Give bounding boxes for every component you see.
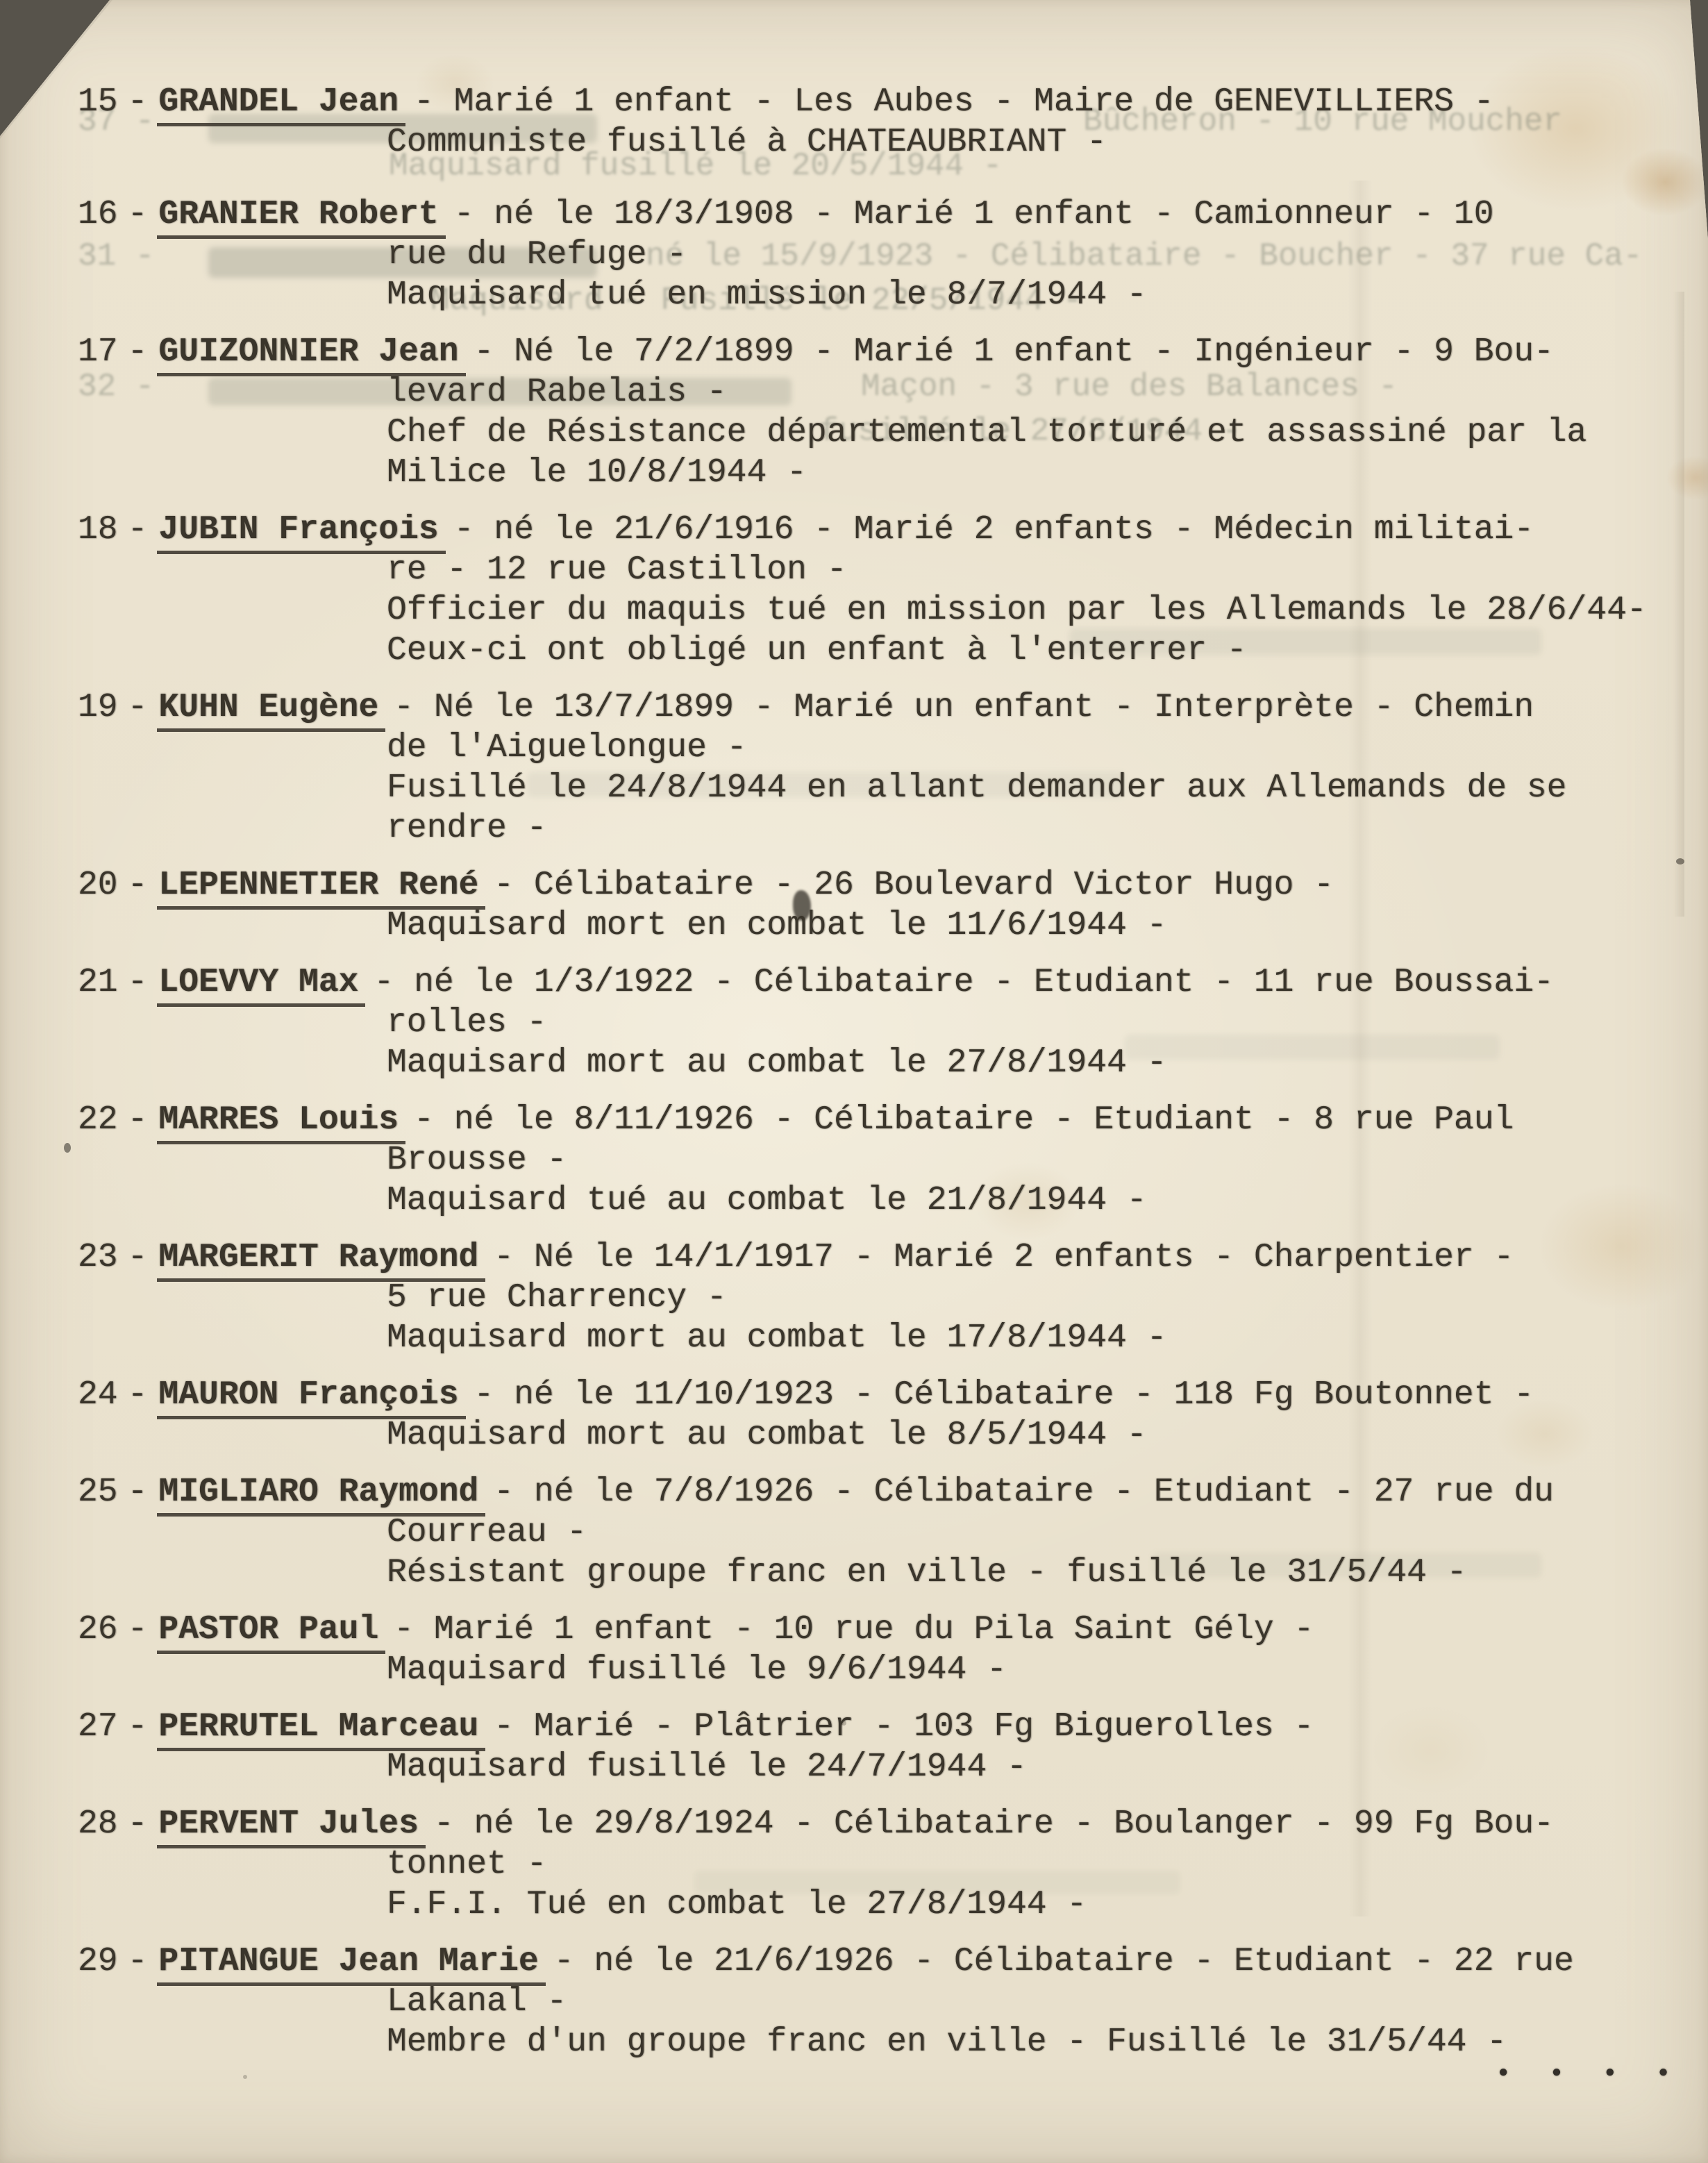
- entry-continuation: Maquisard mort au combat le 27/8/1944 -: [387, 1043, 1708, 1083]
- entry-line: 22-MARRES Louis- né le 8/11/1926 - Célib…: [78, 1100, 1708, 1140]
- entry-continuation: 5 rue Charrency -: [387, 1278, 1708, 1318]
- separator: -: [128, 511, 148, 549]
- entry-name: PASTOR Paul: [157, 1611, 385, 1654]
- separator: -: [128, 867, 148, 904]
- entry-line: 21-LOEVVY Max- né le 1/3/1922 - Célibata…: [78, 962, 1708, 1003]
- entry-line: 25-MIGLIARO Raymond- né le 7/8/1926 - Cé…: [78, 1472, 1708, 1512]
- entry-name: MARRES Louis: [157, 1101, 405, 1144]
- entry-list: 15-GRANDEL Jean- Marié 1 enfant - Les Au…: [0, 82, 1708, 2079]
- entry-details: - Marié 1 enfant - Les Aubes - Maire de …: [414, 83, 1493, 121]
- entry-details: - Né le 14/1/1917 - Marié 2 enfants - Ch…: [494, 1239, 1514, 1276]
- entry-name: MARGERIT Raymond: [157, 1239, 485, 1282]
- entry-continuation: Brousse -: [387, 1140, 1708, 1180]
- entry-name: PERVENT Jules: [157, 1805, 425, 1848]
- entry-number: 25: [78, 1473, 118, 1511]
- entry-number: 21: [78, 964, 118, 1001]
- entry-details: - né le 11/10/1923 - Célibataire - 118 F…: [474, 1376, 1534, 1414]
- entry-details: - né le 7/8/1926 - Célibataire - Etudian…: [494, 1473, 1554, 1511]
- entry-continuation: tonnet -: [387, 1844, 1708, 1885]
- entry-number: 23: [78, 1239, 118, 1276]
- separator: -: [128, 1943, 148, 1980]
- entry-20: 20-LEPENNETIER René- Célibataire - 26 Bo…: [78, 865, 1708, 946]
- entry-continuation: Maquisard fusillé le 9/6/1944 -: [387, 1650, 1708, 1690]
- entry-details: - Célibataire - 26 Boulevard Victor Hugo…: [494, 867, 1334, 904]
- separator: -: [128, 689, 148, 726]
- entry-name: LOEVVY Max: [157, 964, 365, 1007]
- entry-details: - né le 21/6/1916 - Marié 2 enfants - Mé…: [454, 511, 1534, 549]
- entry-line: 29-PITANGUE Jean Marie- né le 21/6/1926 …: [78, 1941, 1708, 1982]
- entry-25: 25-MIGLIARO Raymond- né le 7/8/1926 - Cé…: [78, 1472, 1708, 1593]
- separator: -: [128, 333, 148, 371]
- document-page: 37 - Bûcheron - 10 rue Moucher Maquisard…: [0, 0, 1708, 2163]
- entry-continuation: rue du Refuge -: [387, 235, 1708, 275]
- entry-continuation: de l'Aiguelongue -: [387, 728, 1708, 768]
- entry-continuation: Maquisard tué en mission le 8/7/1944 -: [387, 275, 1708, 315]
- separator: -: [128, 964, 148, 1001]
- entry-continuation: re - 12 rue Castillon -: [387, 550, 1708, 590]
- entry-details: - Marié 1 enfant - 10 rue du Pila Saint …: [394, 1611, 1314, 1648]
- entry-26: 26-PASTOR Paul- Marié 1 enfant - 10 rue …: [78, 1610, 1708, 1690]
- entry-number: 22: [78, 1101, 118, 1139]
- entry-line: 28-PERVENT Jules- né le 29/8/1924 - Céli…: [78, 1804, 1708, 1844]
- entry-continuation: Lakanal -: [387, 1982, 1708, 2022]
- separator: -: [128, 1708, 148, 1746]
- entry-line: 19-KUHN Eugène- Né le 13/7/1899 - Marié …: [78, 687, 1708, 728]
- entry-name: LEPENNETIER René: [157, 867, 485, 910]
- entry-continuation: Maquisard mort en combat le 11/6/1944 -: [387, 905, 1708, 946]
- entry-name: PITANGUE Jean Marie: [157, 1943, 545, 1986]
- separator: -: [128, 1805, 148, 1843]
- separator: -: [128, 1239, 148, 1276]
- entry-line: 27-PERRUTEL Marceau- Marié - Plâtrier - …: [78, 1707, 1708, 1747]
- page-footer-dots: ● ● ● ●: [1498, 2064, 1685, 2082]
- entry-line: 23-MARGERIT Raymond- Né le 14/1/1917 - M…: [78, 1237, 1708, 1278]
- entry-number: 16: [78, 196, 118, 233]
- entry-number: 17: [78, 333, 118, 371]
- separator: -: [128, 1473, 148, 1511]
- entry-21: 21-LOEVVY Max- né le 1/3/1922 - Célibata…: [78, 962, 1708, 1083]
- entry-line: 24-MAURON François- né le 11/10/1923 - C…: [78, 1375, 1708, 1415]
- entry-continuation: rolles -: [387, 1003, 1708, 1043]
- separator: -: [128, 196, 148, 233]
- separator: -: [128, 1376, 148, 1414]
- entry-number: 15: [78, 83, 118, 121]
- entry-continuation: Maquisard fusillé le 24/7/1944 -: [387, 1747, 1708, 1787]
- entry-details: - né le 8/11/1926 - Célibataire - Etudia…: [414, 1101, 1514, 1139]
- entry-line: 16-GRANIER Robert- né le 18/3/1908 - Mar…: [78, 194, 1708, 235]
- entry-line: 17-GUIZONNIER Jean- Né le 7/2/1899 - Mar…: [78, 332, 1708, 372]
- entry-line: 26-PASTOR Paul- Marié 1 enfant - 10 rue …: [78, 1610, 1708, 1650]
- entry-details: - né le 21/6/1926 - Célibataire - Etudia…: [554, 1943, 1574, 1980]
- entry-details: - né le 1/3/1922 - Célibataire - Etudian…: [374, 964, 1553, 1001]
- entry-continuation: Maquisard mort au combat le 8/5/1944 -: [387, 1415, 1708, 1455]
- entry-22: 22-MARRES Louis- né le 8/11/1926 - Célib…: [78, 1100, 1708, 1221]
- entry-16: 16-GRANIER Robert- né le 18/3/1908 - Mar…: [78, 194, 1708, 315]
- entry-name: GRANIER Robert: [157, 196, 445, 239]
- entry-continuation: F.F.I. Tué en combat le 27/8/1944 -: [387, 1885, 1708, 1925]
- entry-continuation: levard Rabelais -: [387, 372, 1708, 412]
- entry-continuation: Courreau -: [387, 1512, 1708, 1553]
- entry-line: 15-GRANDEL Jean- Marié 1 enfant - Les Au…: [78, 82, 1708, 122]
- entry-23: 23-MARGERIT Raymond- Né le 14/1/1917 - M…: [78, 1237, 1708, 1358]
- separator: -: [128, 83, 148, 121]
- entry-15: 15-GRANDEL Jean- Marié 1 enfant - Les Au…: [78, 82, 1708, 162]
- entry-number: 29: [78, 1943, 118, 1980]
- entry-name: GRANDEL Jean: [157, 83, 405, 126]
- entry-continuation: Fusillé le 24/8/1944 en allant demander …: [387, 768, 1708, 808]
- entry-continuation: Communiste fusillé à CHATEAUBRIANT -: [387, 122, 1708, 162]
- entry-name: PERRUTEL Marceau: [157, 1708, 485, 1751]
- entry-name: JUBIN François: [157, 511, 445, 554]
- entry-number: 19: [78, 689, 118, 726]
- entry-24: 24-MAURON François- né le 11/10/1923 - C…: [78, 1375, 1708, 1455]
- entry-number: 27: [78, 1708, 118, 1746]
- entry-28: 28-PERVENT Jules- né le 29/8/1924 - Céli…: [78, 1804, 1708, 1925]
- entry-continuation: Chef de Résistance départemental torturé…: [387, 412, 1708, 453]
- entry-27: 27-PERRUTEL Marceau- Marié - Plâtrier - …: [78, 1707, 1708, 1787]
- entry-name: GUIZONNIER Jean: [157, 333, 465, 376]
- entry-continuation: Maquisard mort au combat le 17/8/1944 -: [387, 1318, 1708, 1358]
- entry-17: 17-GUIZONNIER Jean- Né le 7/2/1899 - Mar…: [78, 332, 1708, 493]
- separator: -: [128, 1101, 148, 1139]
- entry-number: 26: [78, 1611, 118, 1648]
- entry-continuation: rendre -: [387, 808, 1708, 849]
- entry-number: 20: [78, 867, 118, 904]
- entry-29: 29-PITANGUE Jean Marie- né le 21/6/1926 …: [78, 1941, 1708, 2062]
- entry-continuation: Officier du maquis tué en mission par le…: [387, 590, 1708, 630]
- entry-name: MIGLIARO Raymond: [157, 1473, 485, 1517]
- entry-details: - Né le 7/2/1899 - Marié 1 enfant - Ingé…: [474, 333, 1554, 371]
- entry-name: MAURON François: [157, 1376, 465, 1419]
- entry-line: 18-JUBIN François- né le 21/6/1916 - Mar…: [78, 510, 1708, 550]
- entry-continuation: Ceux-ci ont obligé un enfant à l'enterre…: [387, 630, 1708, 671]
- entry-line: 20-LEPENNETIER René- Célibataire - 26 Bo…: [78, 865, 1708, 905]
- entry-continuation: Maquisard tué au combat le 21/8/1944 -: [387, 1180, 1708, 1221]
- entry-18: 18-JUBIN François- né le 21/6/1916 - Mar…: [78, 510, 1708, 671]
- entry-continuation: Résistant groupe franc en ville - fusill…: [387, 1553, 1708, 1593]
- entry-details: - né le 29/8/1924 - Célibataire - Boulan…: [434, 1805, 1554, 1843]
- entry-details: - Marié - Plâtrier - 103 Fg Biguerolles …: [494, 1708, 1314, 1746]
- entry-details: - Né le 13/7/1899 - Marié un enfant - In…: [394, 689, 1534, 726]
- entry-continuation: Milice le 10/8/1944 -: [387, 453, 1708, 493]
- entry-number: 24: [78, 1376, 118, 1414]
- entry-continuation: Membre d'un groupe franc en ville - Fusi…: [387, 2022, 1708, 2062]
- entry-number: 28: [78, 1805, 118, 1843]
- entry-number: 18: [78, 511, 118, 549]
- entry-details: - né le 18/3/1908 - Marié 1 enfant - Cam…: [454, 196, 1494, 233]
- entry-name: KUHN Eugène: [157, 689, 385, 732]
- entry-19: 19-KUHN Eugène- Né le 13/7/1899 - Marié …: [78, 687, 1708, 849]
- separator: -: [128, 1611, 148, 1648]
